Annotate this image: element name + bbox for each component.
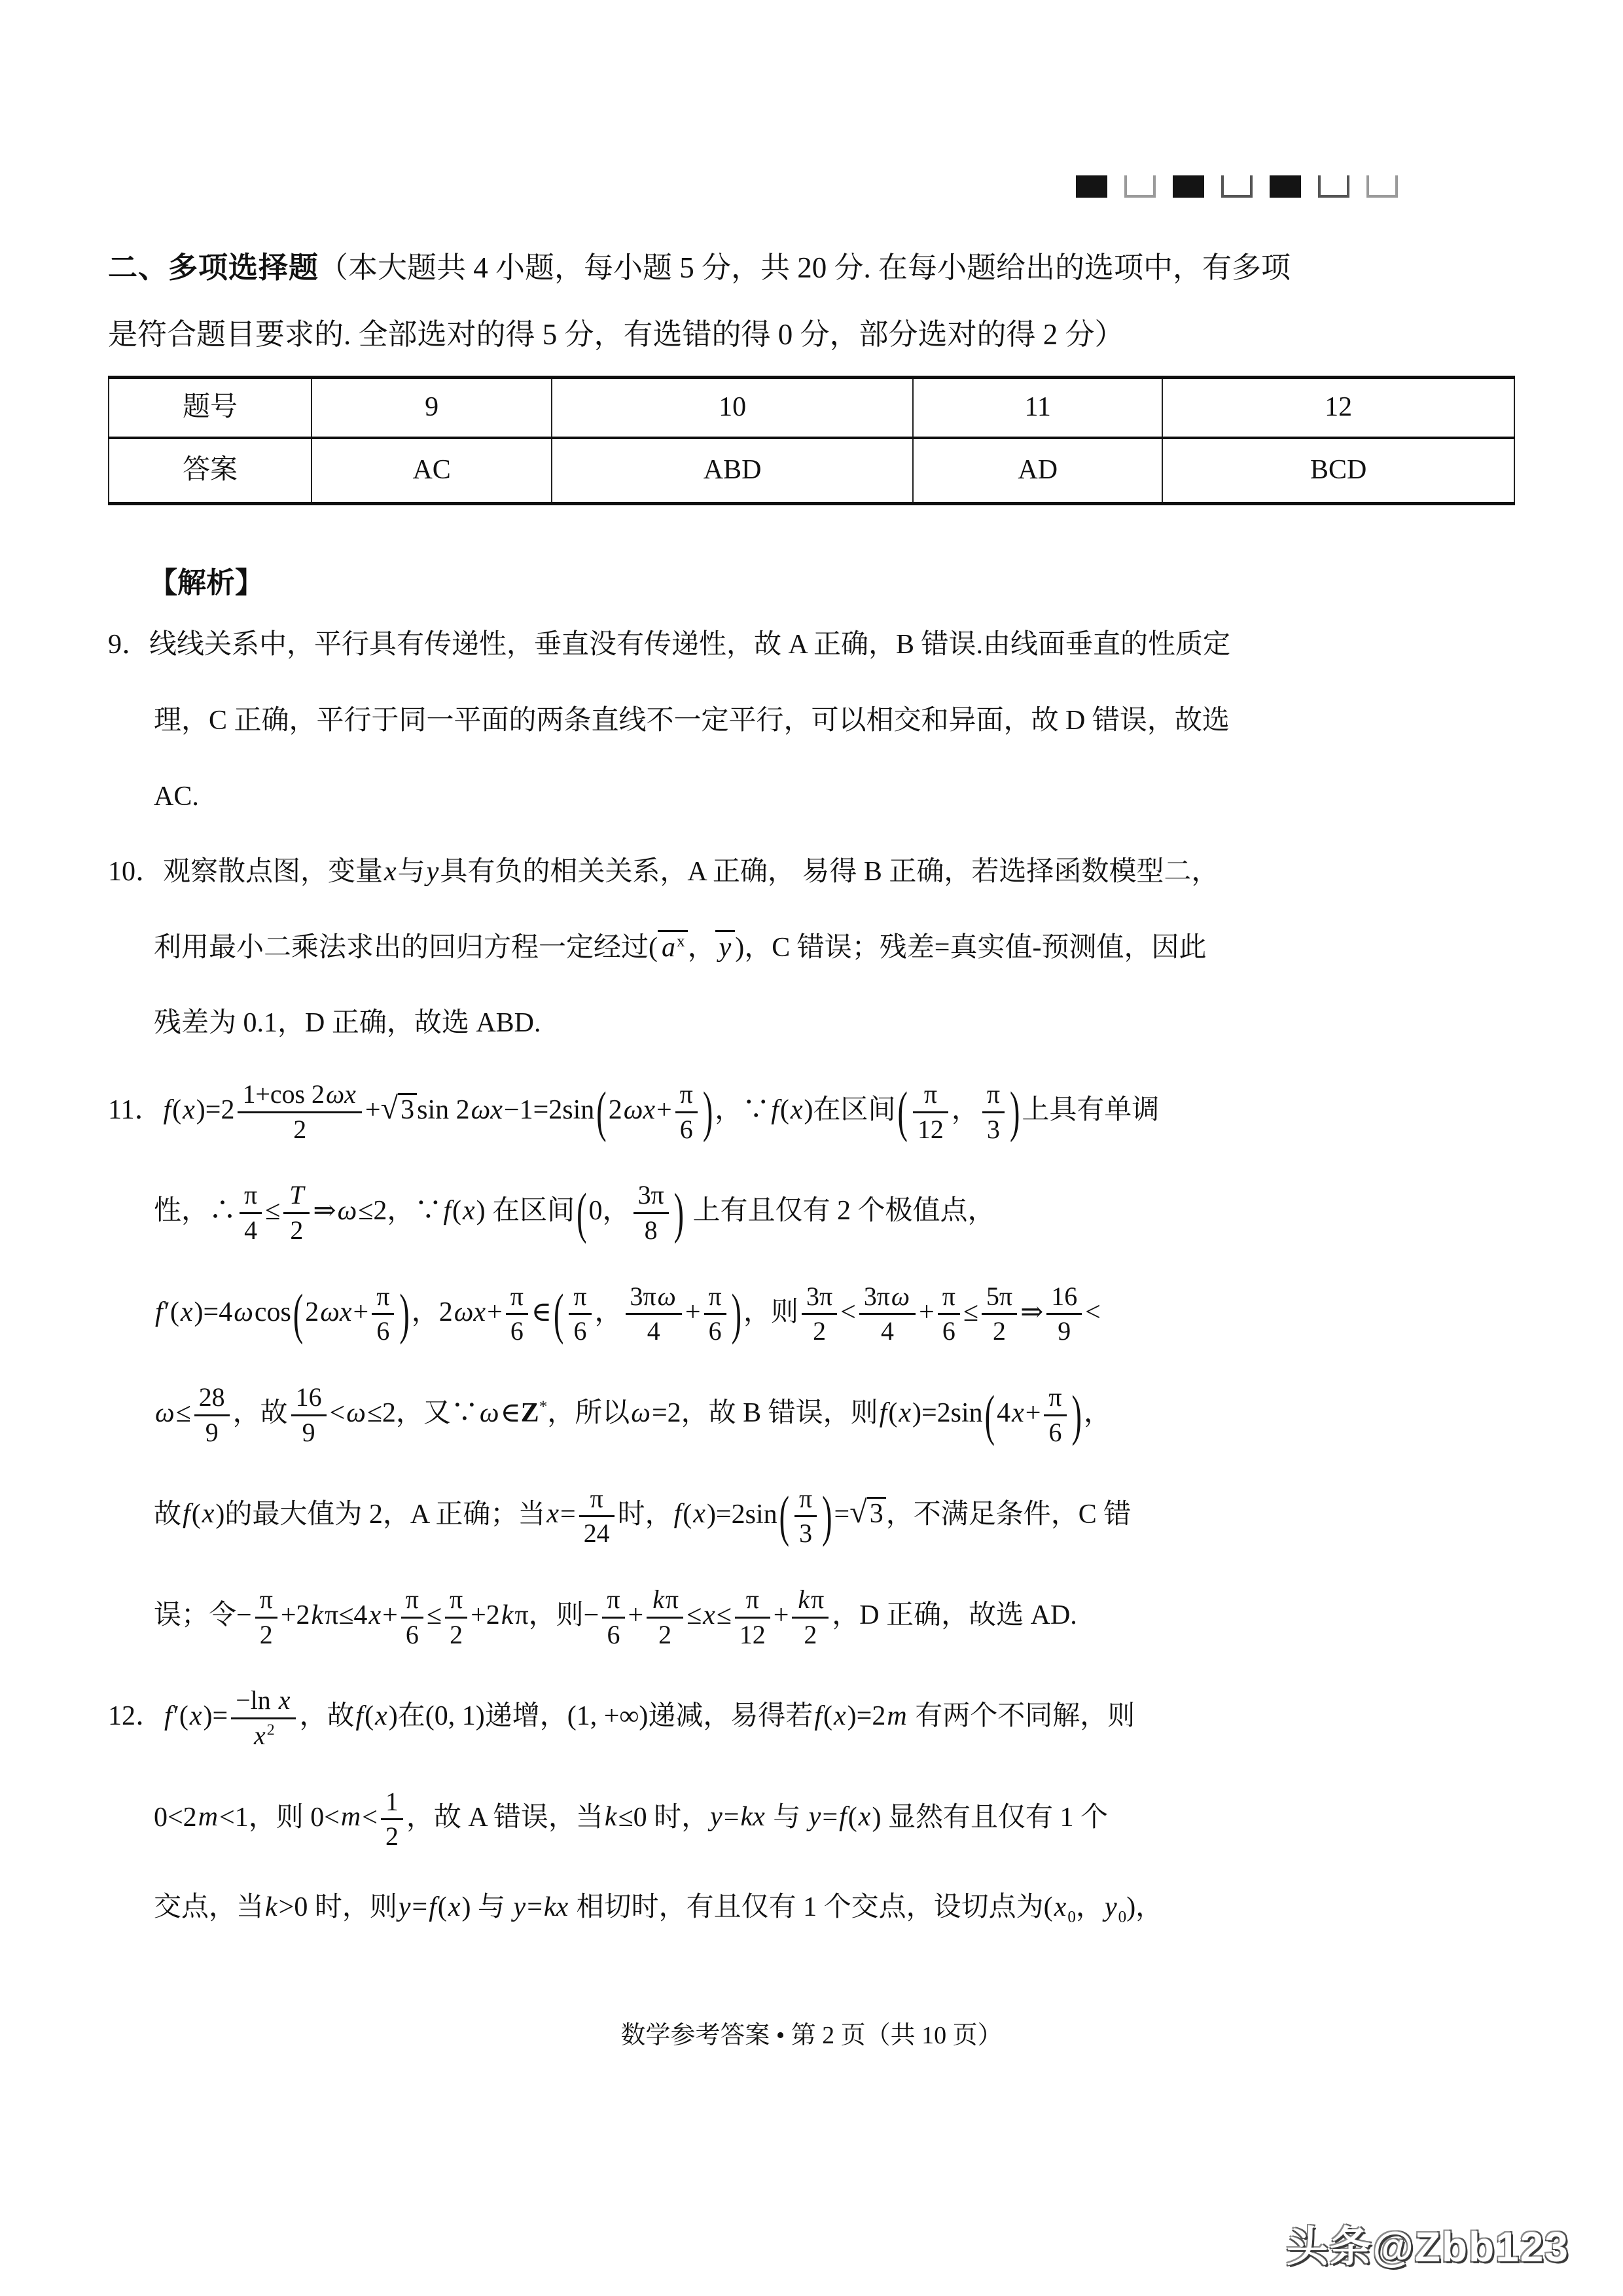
solution-11: 11．f(x)=21+cos 2ωx2+√3sin 2ωx−1=2sin(2ωx… [108, 1080, 1527, 1649]
solution-11-line-3: f′(x)=4ωcos(2ωx+π6)，2ωx+π6∈(π6，3πω4+π6)，… [108, 1282, 1527, 1346]
answer-table-answer-row: 答案 AC ABD AD BCD [109, 438, 1514, 504]
registration-mark [1366, 175, 1398, 198]
registration-mark [1318, 175, 1349, 198]
solution-12-line-3: 交点，当k>0 时，则y=f(x) 与 y=kx 相切时，有且仅有 1 个交点，… [108, 1888, 1527, 1929]
registration-mark [1124, 175, 1156, 198]
solution-12-line-1: 12．f′(x)=−ln xx2，故f(x)在(0, 1)递增，(1, +∞)递… [108, 1686, 1527, 1750]
solution-10-line-2: 利用最小二乘法求出的回归方程一定经过(ax，y)，C 错误；残差=真实值-预测值… [108, 929, 1527, 968]
solution-9: 9．线线关系中，平行具有传递性，垂直没有传递性，故 A 正确，B 错误.由线面垂… [108, 626, 1527, 816]
solution-12: 12．f′(x)=−ln xx2，故f(x)在(0, 1)递增，(1, +∞)递… [108, 1686, 1527, 1929]
section-heading-rest: （本大题共 4 小题，每小题 5 分，共 20 分. 在每小题给出的选项中，有多… [319, 251, 1291, 284]
answer-table: 题号 9 10 11 12 答案 AC ABD AD BCD [108, 376, 1515, 505]
registration-mark [1221, 175, 1253, 198]
table-cell-a10: ABD [552, 438, 913, 504]
page-footer: 数学参考答案 • 第 2 页（共 10 页） [0, 2015, 1623, 2051]
table-cell-a12: BCD [1162, 438, 1514, 504]
table-cell-a11: AD [913, 438, 1162, 504]
table-cell-q12: 12 [1162, 377, 1514, 438]
solutions: 9．线线关系中，平行具有传递性，垂直没有传递性，故 A 正确，B 错误.由线面垂… [108, 626, 1527, 1929]
answer-table-header-row: 题号 9 10 11 12 [109, 377, 1514, 438]
analysis-label: 【解析】 [149, 563, 1527, 603]
section-heading-line2: 是符合题目要求的. 全部选对的得 5 分，有选错的得 0 分，部分选对的得 2 … [108, 314, 1527, 356]
solution-10-line-1: 10．观察散点图，变量x与y具有负的相关关系，A 正确， 易得 B 正确，若选择… [108, 853, 1527, 892]
section-heading: 二、多项选择题（本大题共 4 小题，每小题 5 分，共 20 分. 在每小题给出… [108, 247, 1527, 289]
solution-10: 10．观察散点图，变量x与y具有负的相关关系，A 正确， 易得 B 正确，若选择… [108, 853, 1527, 1043]
table-cell-q10: 10 [552, 377, 913, 438]
table-cell-q9: 9 [312, 377, 552, 438]
watermark: 头条@Zbb123 [1287, 2214, 1569, 2274]
solution-9-line-2: 理，C 正确，平行于同一平面的两条直线不一定平行，可以相交和异面，故 D 错误，… [108, 702, 1527, 741]
table-cell-a9: AC [312, 438, 552, 504]
registration-mark [1173, 175, 1204, 198]
page-content: 二、多项选择题（本大题共 4 小题，每小题 5 分，共 20 分. 在每小题给出… [108, 247, 1527, 1965]
solution-11-line-1: 11．f(x)=21+cos 2ωx2+√3sin 2ωx−1=2sin(2ωx… [108, 1080, 1527, 1144]
solution-11-line-6: 误；令−π2+2kπ≤4x+π6≤π2+2kπ，则−π6+kπ2≤x≤π12+k… [108, 1585, 1527, 1649]
solution-11-line-5: 故f(x)的最大值为 2，A 正确；当x=π24时，f(x)=2sin(π3)=… [108, 1484, 1527, 1549]
table-cell-label: 答案 [109, 438, 312, 504]
registration-marks [1076, 175, 1398, 198]
solution-11-line-4: ω≤289，故169<ω≤2，又∵ω∈Z*，所以ω=2，故 B 错误，则f(x)… [108, 1383, 1527, 1447]
solution-9-line-1: 9．线线关系中，平行具有传递性，垂直没有传递性，故 A 正确，B 错误.由线面垂… [108, 626, 1527, 665]
registration-mark [1076, 175, 1107, 198]
registration-mark [1270, 175, 1301, 198]
solution-12-line-2: 0<2m<1，则 0<m<12，故 A 错误，当k≤0 时，y=kx 与 y=f… [108, 1787, 1527, 1852]
solution-9-line-3: AC. [108, 778, 1527, 817]
solution-11-line-2: 性，∴π4≤T2⇒ω≤2，∵f(x) 在区间(0，3π8) 上有且仅有 2 个极… [108, 1181, 1527, 1245]
solution-10-line-3: 残差为 0.1，D 正确，故选 ABD. [108, 1004, 1527, 1043]
table-cell-q11: 11 [913, 377, 1162, 438]
section-heading-title: 二、多项选择题 [108, 251, 319, 284]
table-cell-label: 题号 [109, 377, 312, 438]
